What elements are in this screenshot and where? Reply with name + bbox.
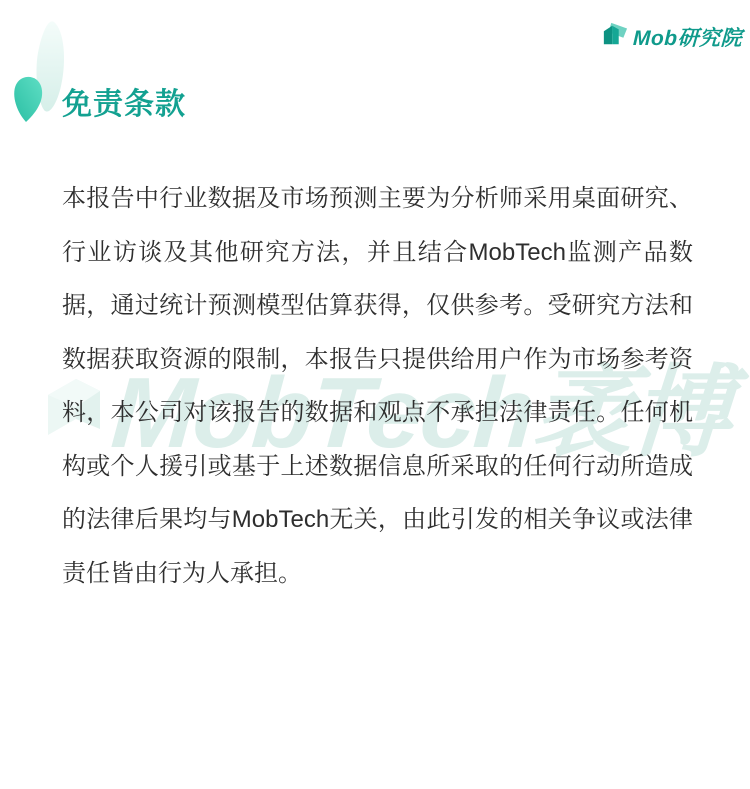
disclaimer-body: 本报告中行业数据及市场预测主要为分析师采用桌面研究、行业访谈及其他研究方法，并且…: [62, 172, 693, 600]
mob-building-icon: [601, 22, 629, 53]
disclaimer-page: MobTech袤博: [0, 0, 750, 789]
logo-text: Mob研究院: [632, 22, 742, 52]
logo: Mob研究院: [601, 20, 742, 53]
page-title: 免责条款: [62, 90, 186, 120]
